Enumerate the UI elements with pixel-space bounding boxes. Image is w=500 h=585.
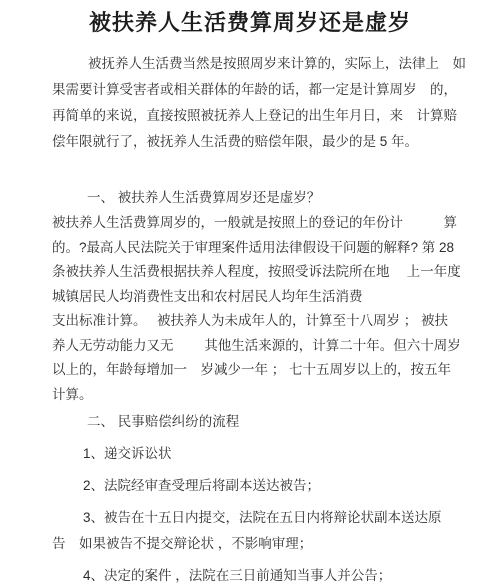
intro-paragraph: 被抚养人生活费当然是按照周岁来计算的，实际上，法律上 如 果需要计算受害者或相关… — [52, 51, 470, 155]
intro-line: 果需要计算受害者或相关群体的年龄的话，都一定是计算周岁 的， — [52, 77, 470, 103]
section1-body: 被扶养人生活费算周岁的，一般就是按照上的登记的年份计 算 的。?最高人民法院关于… — [52, 211, 470, 407]
intro-line: 再简单的来说，直接按照被抚养人上登记的出生年月日，来 计算赔 — [52, 103, 470, 129]
intro-line: 被抚养人生活费当然是按照周岁来计算的，实际上，法律上 如 — [52, 51, 470, 77]
body-line: 养人无劳动能力又无 其他生活来源的，计算二十年。但六十周岁 — [52, 334, 470, 359]
body-line: 的。?最高人民法院关于审理案件适用法律假设干问题的解释? 第 28 — [52, 236, 470, 261]
list-item-1: 1、递交诉讼状 — [52, 441, 470, 467]
body-line: 被扶养人生活费算周岁的，一般就是按照上的登记的年份计 算 — [52, 211, 470, 236]
list-item-line: 3、被告在十五日内提交，法院在五日内将辩论状副本送达原 — [52, 505, 470, 531]
body-line: 以上的，年龄每增加一 岁减少一年 ； 七十五周岁以上的，按五年 — [52, 358, 470, 383]
intro-line: 偿年限就行了，被抚养人生活费的赔偿年限，最少的是 5 年。 — [52, 129, 470, 155]
list-item-line: 1、递交诉讼状 — [52, 441, 470, 467]
section2-heading: 二、 民事赔偿纠纷的流程 — [52, 409, 470, 435]
list-item-line: 4、决定的案件 ，法院在三日前通知当事人并公告； — [52, 563, 470, 585]
body-line: 计算。 — [52, 383, 470, 408]
body-line: 支出标准计算。 被扶养人为未成年人的，计算至十八周岁 ； 被扶 — [52, 309, 470, 334]
document-page: 被扶养人生活费算周岁还是虚岁 被抚养人生活费当然是按照周岁来计算的，实际上，法律… — [0, 0, 500, 585]
body-line: 条被扶养人生活费根据扶养人程度，按照受诉法院所在地 上一年度 — [52, 260, 470, 285]
list-item-3: 3、被告在十五日内提交，法院在五日内将辩论状副本送达原 告 如果被告不提交辩论状… — [52, 505, 470, 557]
list-item-2: 2、法院经审查受理后将副本送达被告； — [52, 473, 470, 499]
list-item-line: 2、法院经审查受理后将副本送达被告； — [52, 473, 470, 499]
list-item-4: 4、决定的案件 ，法院在三日前通知当事人并公告； — [52, 563, 470, 585]
list-item-line: 告 如果被告不提交辩论状 ，不影响审理； — [52, 531, 470, 557]
page-title: 被扶养人生活费算周岁还是虚岁 — [30, 8, 470, 38]
body-line: 城镇居民人均消费性支出和农村居民人均年生活消费 — [52, 285, 470, 310]
section1-heading: 一、 被扶养人生活费算周岁还是虚岁？ — [52, 185, 470, 211]
